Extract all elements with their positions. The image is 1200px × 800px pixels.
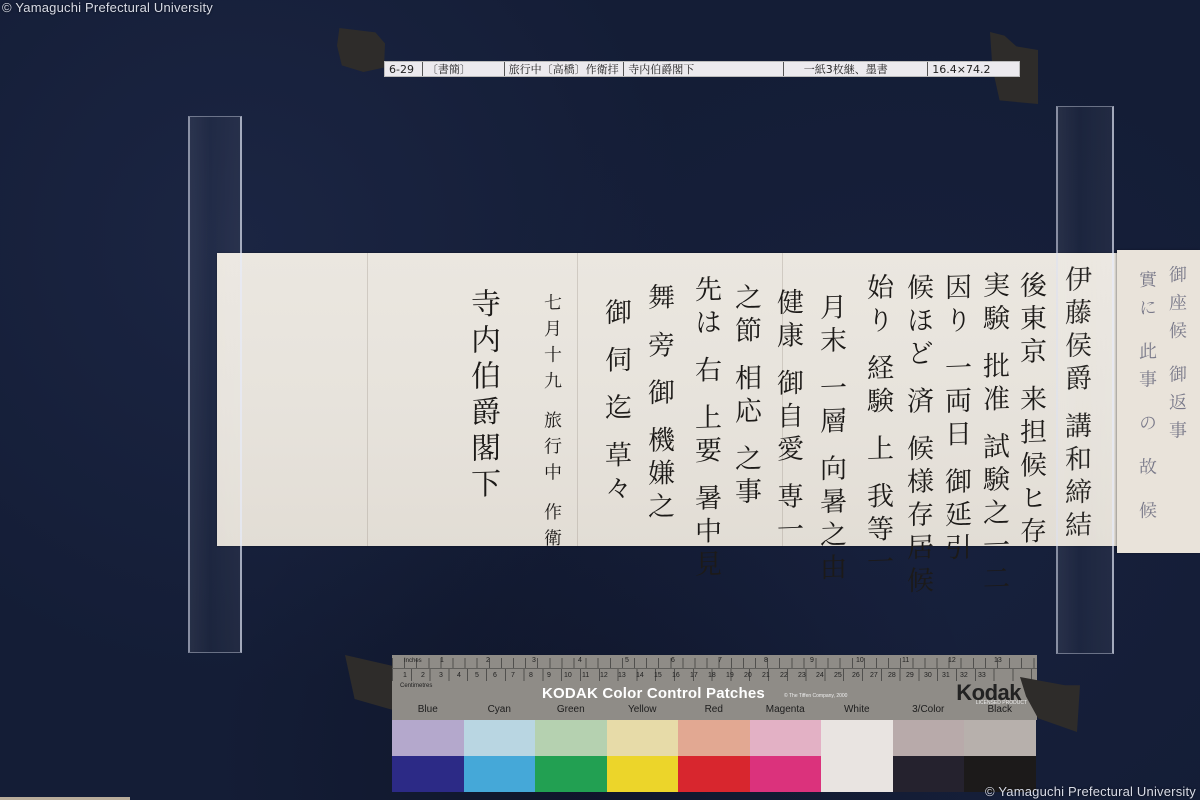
- tick: 30: [924, 672, 932, 679]
- tick: 16: [672, 672, 680, 679]
- tick: 24: [816, 672, 824, 679]
- centimetres-label: Centimetres: [400, 683, 432, 689]
- letter-column: 因り 一両日 御延引: [942, 273, 969, 567]
- tick: 32: [960, 672, 968, 679]
- patch-names: Blue Cyan Green Yellow Red Magenta White…: [392, 704, 1037, 715]
- tick: 26: [852, 672, 860, 679]
- tick: 6: [493, 672, 497, 679]
- inches-label: Inches: [404, 658, 422, 664]
- recipient: 寺内伯爵閣下: [624, 62, 783, 76]
- tick: 13: [618, 672, 626, 679]
- copyright-watermark-top: © Yamaguchi Prefectural University: [2, 0, 213, 15]
- masking-tape-bottom-left: [345, 655, 393, 710]
- tick: 11: [902, 657, 909, 664]
- letter-column: 始り 経験 上 我等一: [864, 273, 891, 582]
- letter-addressee: 寺内伯爵閣下: [467, 287, 497, 504]
- acrylic-weight-right: [1056, 106, 1114, 654]
- tick: 11: [582, 672, 589, 679]
- letter-column: 先は 右 上要 暑中見: [692, 275, 719, 584]
- tick: 6: [671, 657, 675, 664]
- tick: 22: [780, 672, 788, 679]
- tick: 27: [870, 672, 878, 679]
- tick: 4: [578, 657, 582, 664]
- letter-column: 候ほど 済 候様存居候: [904, 273, 931, 600]
- kodak-color-chart: Inches Centimetres 1 2 3 4 5 6 7 8 9 10 …: [392, 655, 1037, 720]
- patch-name-cyan: Cyan: [464, 704, 536, 715]
- patch-name-blue: Blue: [392, 704, 464, 715]
- tick: 31: [942, 672, 950, 679]
- patch-name-black: Black: [964, 704, 1036, 715]
- tick: 20: [744, 672, 752, 679]
- patch-yellow: [607, 720, 679, 792]
- patch-green: [535, 720, 607, 792]
- catalog-label: 6-29 〔書簡〕 旅行中〔高橋〕作衛拝 寺内伯爵閣下 一紙3枚継、墨書 16.…: [384, 61, 1020, 77]
- tick: 12: [948, 657, 956, 664]
- patch-black: [964, 720, 1036, 792]
- patch-white: [821, 720, 893, 792]
- letter-column: 後東京 来担候ヒ存: [1017, 271, 1044, 551]
- kodak-chart-title: KODAK Color Control Patches: [542, 685, 765, 702]
- letter-column: 御 伺 迄 草々: [602, 298, 629, 508]
- tick: 12: [600, 672, 608, 679]
- masking-tape-top-left: [337, 28, 385, 72]
- color-patches: [392, 720, 1037, 792]
- letter-scroll: 伊藤侯爵 講和締結 後東京 来担候ヒ存 実験 批准 試験之一二 因り 一両日 御…: [217, 253, 1117, 546]
- material-description: 一紙3枚継、墨書: [784, 62, 929, 76]
- tick: 7: [718, 657, 722, 664]
- tick: 18: [708, 672, 716, 679]
- tick: 5: [625, 657, 629, 664]
- sender: 旅行中〔高橋〕作衛拝: [505, 62, 625, 76]
- paper-fold: [577, 253, 578, 546]
- patch-name-red: Red: [678, 704, 750, 715]
- dimensions: 16.4×74.2: [928, 62, 1019, 76]
- document-type: 〔書簡〕: [423, 62, 505, 76]
- tick: 8: [529, 672, 533, 679]
- letter-column: 健康 御自愛 専一: [774, 288, 801, 549]
- tick: 13: [994, 657, 1002, 664]
- tick: 21: [762, 672, 770, 679]
- tick: 9: [547, 672, 551, 679]
- tick: 29: [906, 672, 914, 679]
- tick: 7: [511, 672, 515, 679]
- patch-name-magenta: Magenta: [750, 704, 822, 715]
- tick: 10: [564, 672, 572, 679]
- tick: 1: [440, 657, 444, 664]
- tick: 3: [439, 672, 443, 679]
- patch-name-yellow: Yellow: [607, 704, 679, 715]
- letter-column: 舞 旁 御 機嫌之: [645, 283, 672, 526]
- tick: 2: [486, 657, 490, 664]
- patch-3color: [893, 720, 965, 792]
- next-scroll-sheet: 御座候 御返事 實に 此事 の 故 候: [1117, 250, 1200, 553]
- tick: 17: [690, 672, 698, 679]
- catalog-number: 6-29: [385, 62, 423, 76]
- patch-blue: [392, 720, 464, 792]
- letter-column: 実験 批准 試験之一二: [980, 271, 1007, 598]
- patch-magenta: [750, 720, 822, 792]
- kodak-copyright: © The Tiffen Company, 2000: [784, 693, 847, 699]
- patch-name-white: White: [821, 704, 893, 715]
- tick: 2: [421, 672, 425, 679]
- tick: 19: [726, 672, 734, 679]
- tick: 14: [636, 672, 644, 679]
- paper-fold: [367, 253, 368, 546]
- acrylic-weight-left: [188, 116, 242, 653]
- ruler-divider: [392, 668, 1037, 669]
- tick: 15: [654, 672, 662, 679]
- letter-date-signature: 七月十九 旅行中 作衛: [542, 293, 560, 555]
- tick: 1: [403, 672, 407, 679]
- letter-column: 月末 一層 向暑之由: [817, 293, 844, 587]
- patch-name-green: Green: [535, 704, 607, 715]
- tick: 33: [978, 672, 986, 679]
- tick: 23: [798, 672, 806, 679]
- patch-red: [678, 720, 750, 792]
- tick: 3: [532, 657, 536, 664]
- tick: 5: [475, 672, 479, 679]
- faint-column: 御座候 御返事: [1167, 265, 1185, 449]
- tick: 25: [834, 672, 842, 679]
- tick: 4: [457, 672, 461, 679]
- patch-cyan: [464, 720, 536, 792]
- tick: 9: [810, 657, 814, 664]
- tick: 10: [856, 657, 864, 664]
- copyright-watermark-bottom: © Yamaguchi Prefectural University: [985, 784, 1196, 799]
- tick: 8: [764, 657, 768, 664]
- patch-name-3color: 3/Color: [893, 704, 965, 715]
- faint-column: 實に 此事 の 故 候: [1137, 270, 1155, 530]
- tick: 28: [888, 672, 896, 679]
- letter-column: 之節 相応 之事: [732, 283, 759, 511]
